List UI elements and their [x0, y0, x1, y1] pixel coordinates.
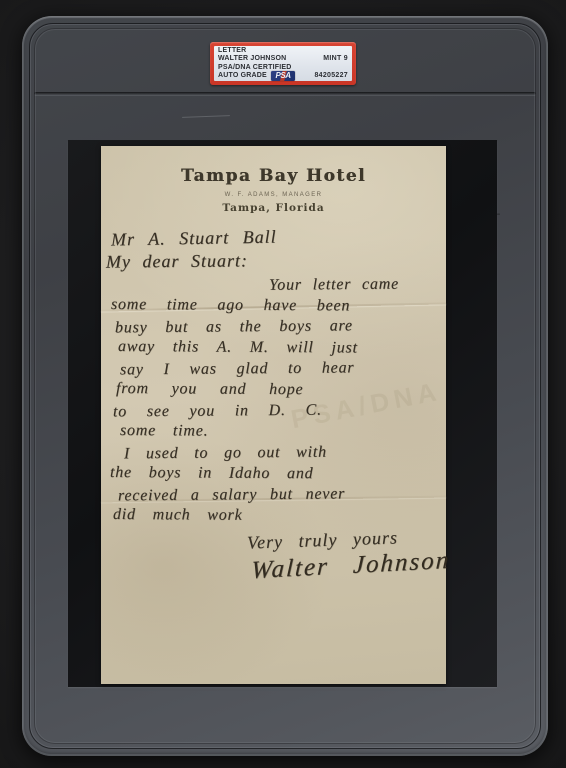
- handwriting-line: did much work: [113, 504, 442, 527]
- letterhead-manager-line: W. F. ADAMS, MANAGER: [101, 192, 446, 198]
- handwriting-line: Your letter came: [269, 273, 442, 296]
- cert-grade-type: AUTO GRADE: [218, 72, 348, 80]
- handwriting-line: I used to go out with: [124, 441, 442, 465]
- letterhead: Tampa Bay Hotel W. F. ADAMS, MANAGER Tam…: [101, 166, 446, 214]
- display-window: PSA/DNA Tampa Bay Hotel W. F. ADAMS, MAN…: [68, 140, 497, 687]
- black-mat: [68, 140, 497, 687]
- paper-fold-crease: [101, 496, 446, 503]
- paper-fold-crease: [101, 302, 446, 311]
- psa-slab: LETTER WALTER JOHNSON PSA/DNA CERTIFIED …: [22, 16, 548, 756]
- handwriting-line: the boys in Idaho and: [110, 462, 442, 485]
- closing-line: Very truly yours: [247, 527, 399, 553]
- slab-scratch: [182, 115, 230, 118]
- handwriting-line: from you and hope: [116, 378, 442, 401]
- handwriting-line: busy but as the boys are: [115, 315, 442, 339]
- slab-label-groove: [34, 92, 536, 96]
- recipient-line: Mr A. Stuart Ball: [111, 227, 277, 251]
- psa-cert-label: LETTER WALTER JOHNSON PSA/DNA CERTIFIED …: [210, 42, 356, 85]
- salutation-line: My dear Stuart:: [106, 250, 248, 272]
- photo-background: LETTER WALTER JOHNSON PSA/DNA CERTIFIED …: [0, 0, 566, 768]
- letterhead-hotel-name: Tampa Bay Hotel: [101, 166, 446, 186]
- handwriting-line: some time.: [120, 420, 442, 443]
- cert-certified-line: PSA/DNA CERTIFIED: [218, 64, 348, 72]
- handwriting-line: away this A. M. will just: [118, 336, 442, 359]
- letterhead-city-line: Tampa, Florida: [101, 202, 446, 214]
- letter-paper: PSA/DNA Tampa Bay Hotel W. F. ADAMS, MAN…: [101, 146, 446, 684]
- cert-grade-value: MINT 9: [323, 55, 348, 62]
- handwriting-line: to see you in D. C.: [113, 399, 442, 423]
- psa-logo-icon: PSA: [271, 71, 295, 81]
- handwriting-line: received a salary but never: [118, 483, 442, 507]
- cert-number: 84205227: [314, 72, 348, 79]
- walter-johnson-signature: Walter Johnson: [250, 547, 451, 586]
- cert-label-inner: LETTER WALTER JOHNSON PSA/DNA CERTIFIED …: [214, 46, 352, 81]
- cert-subject-name: WALTER JOHNSON: [218, 55, 348, 63]
- slab-scratch: [460, 214, 500, 216]
- letter-body: Your letter came some time ago have been…: [109, 274, 442, 526]
- handwriting-line: some time ago have been: [111, 294, 442, 317]
- cert-item-type: LETTER: [218, 47, 348, 55]
- psa-dna-watermark: PSA/DNA: [288, 376, 443, 435]
- handwriting-line: say I was glad to hear: [120, 357, 442, 381]
